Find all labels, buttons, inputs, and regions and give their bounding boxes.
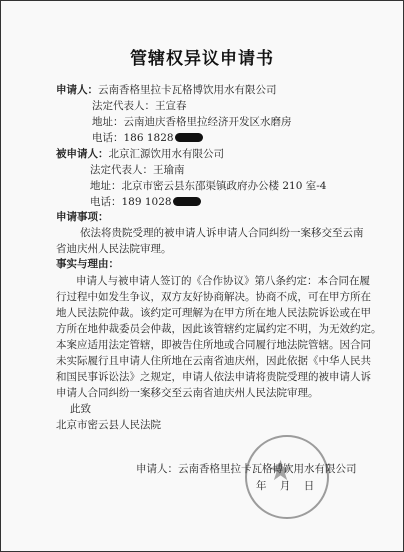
redaction-mark [173,197,201,206]
applicant-label: 申请人： [56,84,98,96]
court-name: 北京市密云县人民法院 [56,419,161,432]
respondent-phone-line: 电话：189 1028 [90,196,201,209]
respondent-phone: 189 1028 [122,196,172,208]
redaction-mark [175,133,203,142]
request-heading: 申请事项： [56,211,109,224]
applicant-phone: 186 1828 [124,132,174,144]
document-title: 管辖权异议申请书 [0,44,404,69]
closing: 此致 [70,403,91,416]
applicant-name: 云南香格里拉卡瓦格博饮用水有限公司 [98,84,277,96]
request-line: 依法将贵院受理的被申请人诉申请人合同纠纷一案移交至云南 [80,227,364,240]
applicant-line: 申请人：云南香格里拉卡瓦格博饮用水有限公司 [56,84,277,97]
date: 年 月 日 [256,480,314,493]
respondent-phone-label: 电话： [90,196,122,208]
applicant-phone-label: 电话： [92,132,124,144]
facts-line: 未实际履行且申请人住所地在云南省迪庆州，因此依据《中华人民共 [56,355,371,368]
applicant-address: 地址：云南迪庆香格里拉经济开发区水磨房 [92,116,292,129]
facts-line: 地人民法院仲裁。该约定可理解为在甲方所在地人民法院诉讼或在甲 [56,307,371,320]
signature: 申请人：云南香格里拉卡瓦格博饮用水有限公司 [136,463,357,476]
applicant-phone-line: 电话：186 1828 [92,132,203,145]
facts-line: 申请人与被申请人签订的《合作协议》第八条约定：本合同在履 [76,275,370,288]
applicant-legal-rep: 法定代表人：王宣春 [92,100,187,113]
facts-line: 和国民事诉讼法》之规定，申请人依法申请将贵院受理的被申请人诉 [56,371,371,384]
respondent-legal-rep: 法定代表人：王瑜南 [90,164,185,177]
facts-line: 方所在地仲裁委员会仲裁，因此该管辖约定属约定不明，为无效约定。 [56,323,382,336]
request-line: 省迪庆州人民法院审理。 [56,243,172,256]
facts-line: 申请人合同纠纷一案移交至云南省迪庆州人民法院审理。 [56,387,319,400]
respondent-address: 地址：北京市密云县东邵渠镇政府办公楼 210 室-4 [90,180,326,193]
facts-line: 行过程中如发生争议，双方友好协商解决。协商不成，可在甲方所在 [56,291,371,304]
respondent-label: 被申请人： [56,148,109,160]
respondent-name: 北京汇源饮用水有限公司 [109,148,225,160]
facts-line: 本案应适用法定管辖，即被告住所地或合同履行地法院管辖。因合同 [56,339,371,352]
respondent-line: 被申请人：北京汇源饮用水有限公司 [56,148,224,161]
facts-heading: 事实与理由： [56,258,119,271]
